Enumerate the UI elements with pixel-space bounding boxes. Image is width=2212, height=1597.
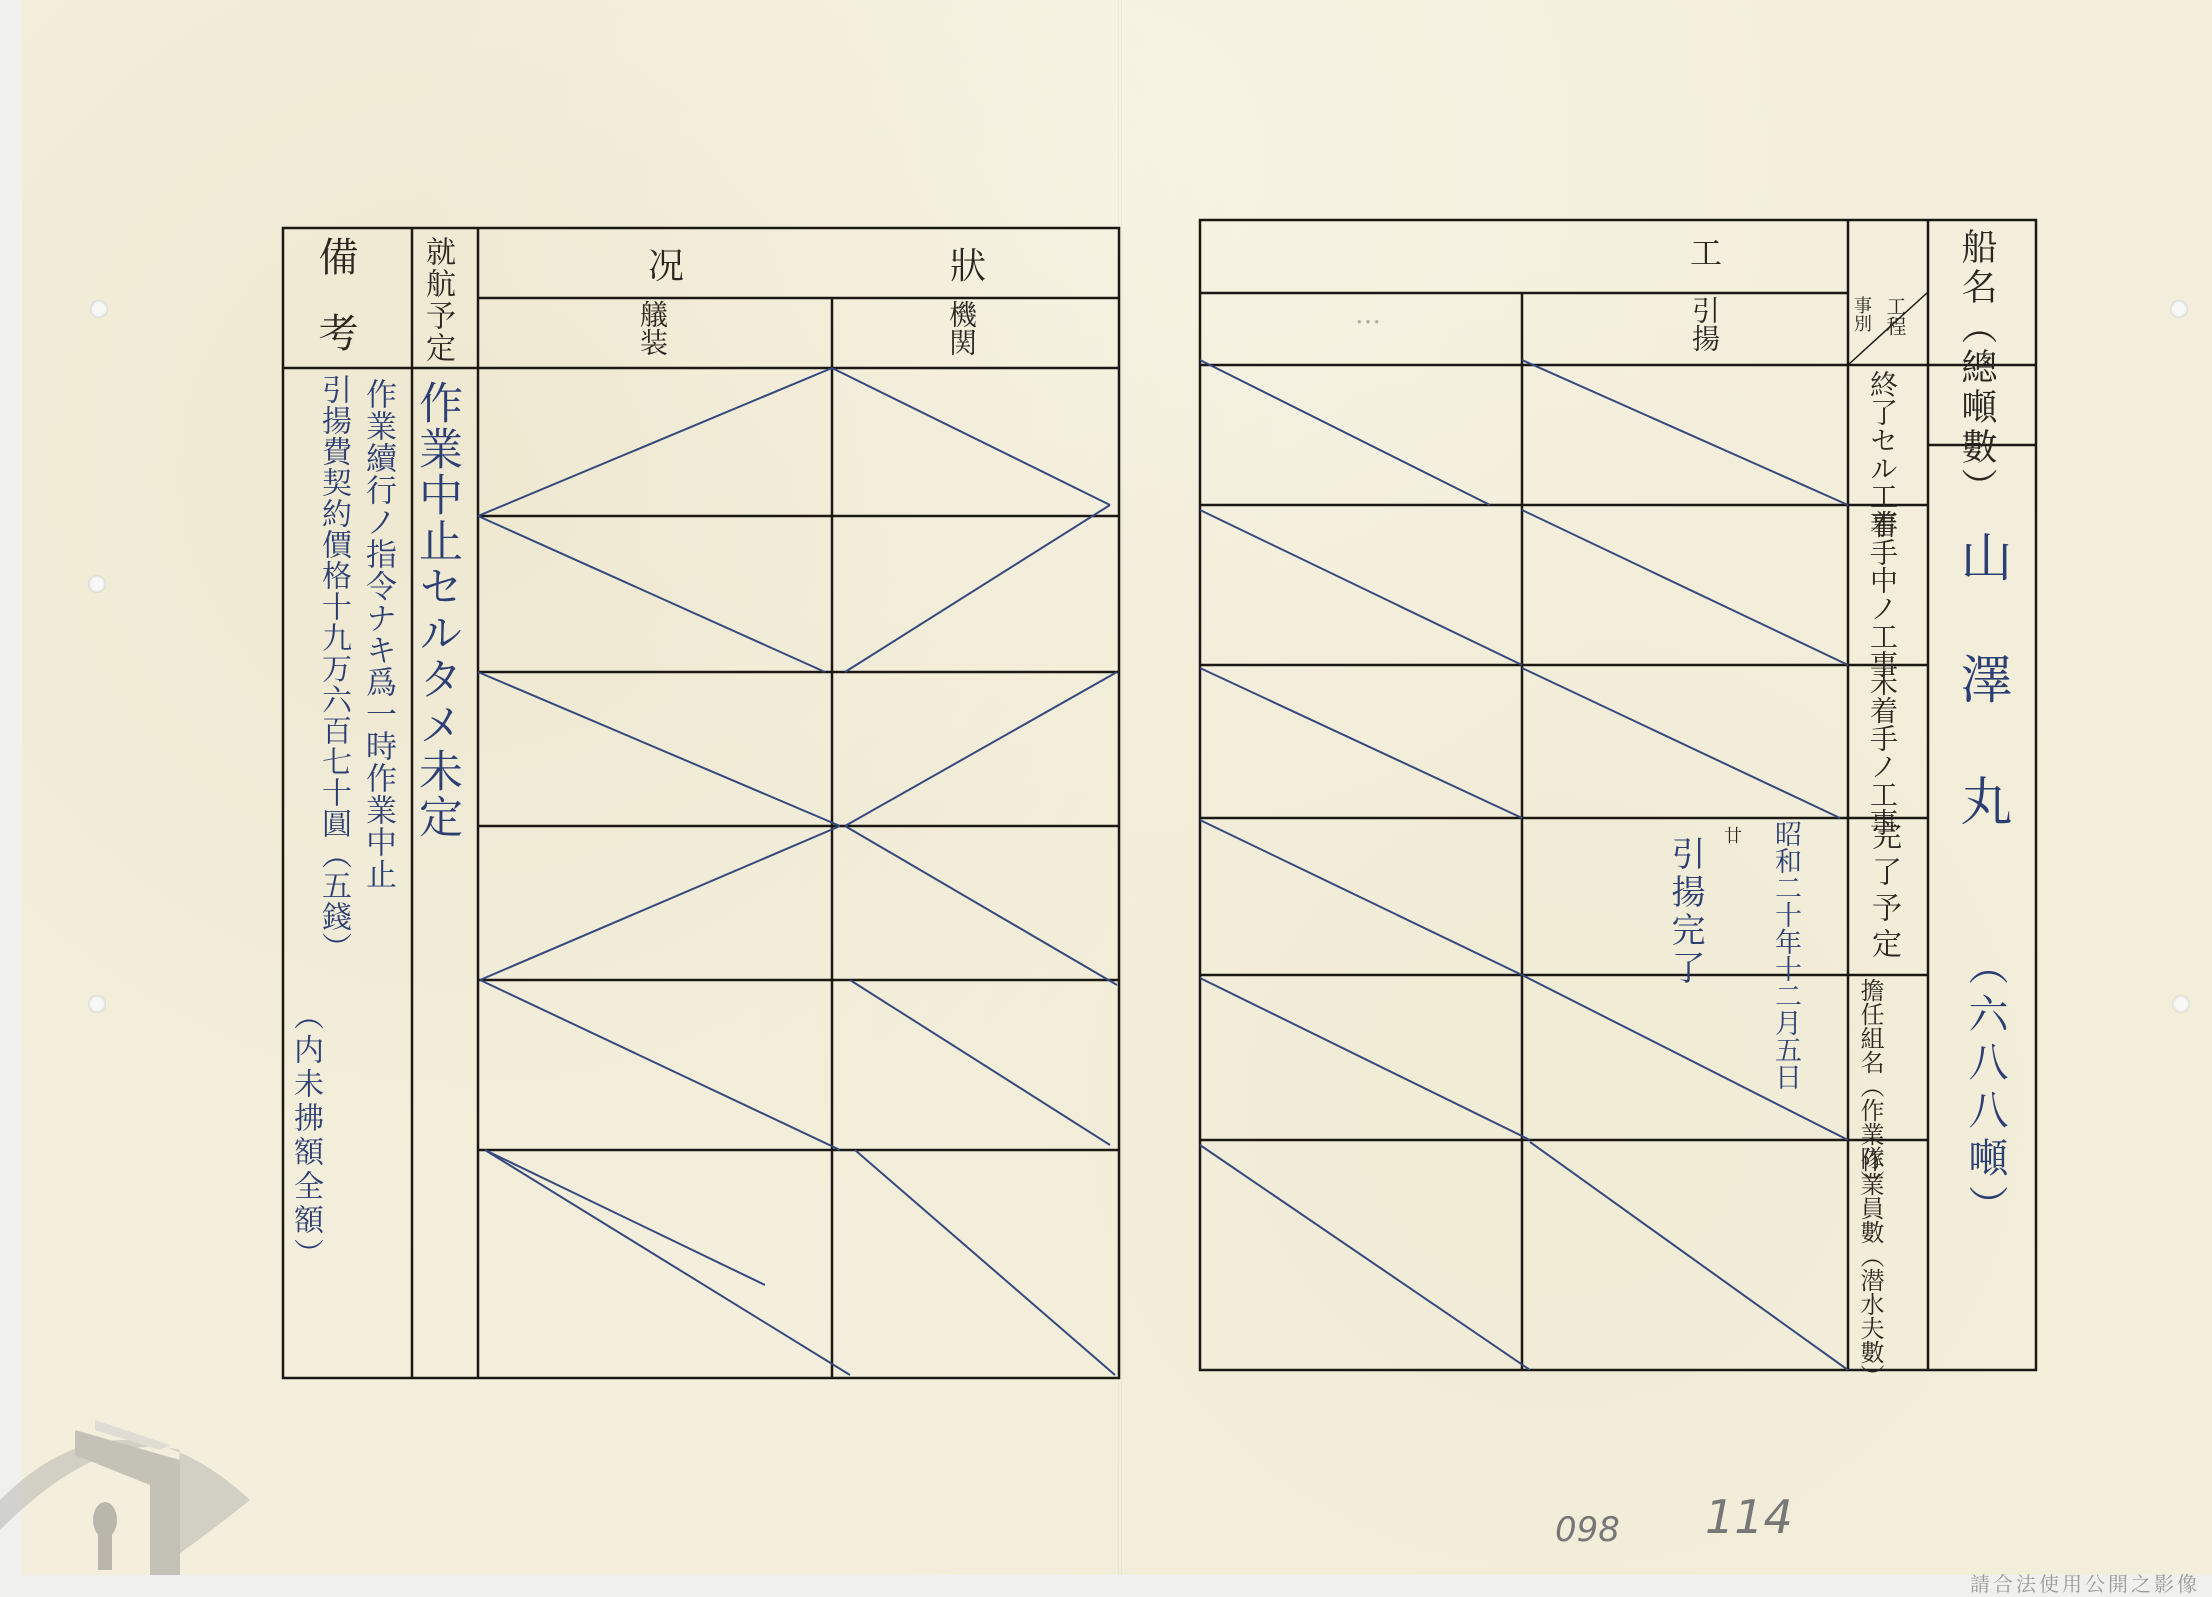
remarks-header: 備考 [315, 236, 355, 388]
status-title-2: 狀 [950, 238, 986, 289]
usage-watermark: 請合法使用公開之影像 [1970, 1568, 2200, 1597]
status-title-1: 况 [648, 238, 684, 289]
archive-logo-icon [0, 1390, 250, 1590]
row-label-not-started: 未着手ノ工事 [1868, 668, 1896, 836]
engine-header: 機関 [947, 300, 975, 356]
corner-label-item: 事別 [1852, 296, 1870, 332]
completion-date: 昭和二十年十二月五日 [1772, 820, 1799, 1090]
row-label-workers: 作業員數（潜水夫數） [1858, 1148, 1882, 1388]
remarks-line-3: （内未拂額全額） [290, 1000, 320, 1272]
corner-label-process: 工程 [1885, 296, 1905, 336]
footer-bar [0, 1575, 2212, 1597]
voyage-plan-header: 就航予定 [422, 236, 452, 364]
page-number-left: 098 [1555, 1510, 1620, 1550]
row-label-in-progress: 着手中ノ工事 [1868, 510, 1896, 678]
work-subcolumn-salvage: 引揚 [1690, 296, 1718, 352]
completion-date-prefix: 廿 [1724, 822, 1742, 848]
work-title: 工 [1690, 228, 1722, 274]
rigging-header: 艤装 [638, 300, 666, 356]
voyage-plan-note: 作業中止セルタメ未定 [414, 380, 458, 840]
ship-name-header: 船名（總噸數） [1958, 228, 1994, 508]
work-subcolumn-1: … [1355, 300, 1381, 330]
remarks-line-1: 作業續行ノ指令ナキ爲一時作業中止 [362, 378, 393, 890]
row-label-completion-plan: 完了予定 [1868, 820, 1898, 964]
ship-name: 山澤丸 [1955, 530, 2007, 896]
remarks-line-2: 引揚費契約價格十九万六百七十圓（五錢） [318, 374, 348, 963]
ship-tonnage: （六八八噸） [1965, 945, 2005, 1233]
salvage-complete-note: 引揚完了 [1668, 836, 1702, 988]
page-number-right: 114 [1705, 1490, 1793, 1544]
